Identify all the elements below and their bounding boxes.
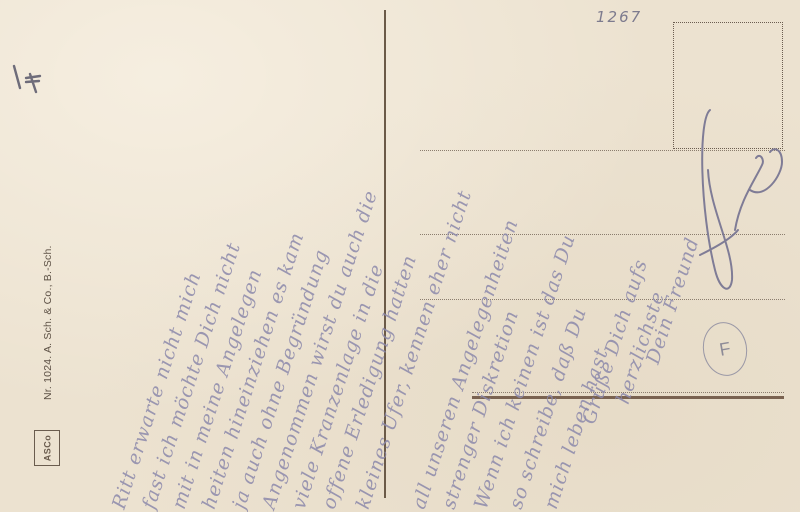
- publisher-logo-text: ASCo: [42, 435, 52, 462]
- signature-icon: [690, 90, 790, 310]
- roman-numeral-mark-icon: [12, 58, 42, 98]
- inventory-number: 1267: [596, 8, 642, 26]
- postcard-back: Nr. 1024. A. Sch. & Co., B.-Sch. ASCo 12…: [0, 0, 800, 512]
- circled-letter-mark: F: [699, 319, 752, 380]
- publisher-logo-icon: ASCo: [34, 430, 60, 466]
- publisher-imprint: Nr. 1024. A. Sch. & Co., B.-Sch.: [42, 245, 54, 400]
